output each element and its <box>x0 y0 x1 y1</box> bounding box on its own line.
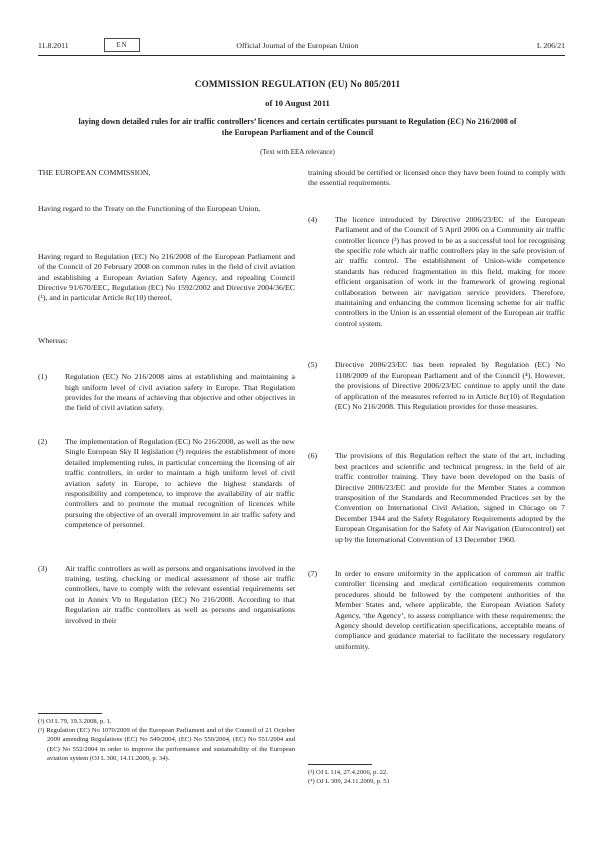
recital-number: (4) <box>308 215 335 329</box>
recital-7: (7) In order to ensure uniformity in the… <box>308 569 565 652</box>
recital-6: (6) The provisions of this Regulation re… <box>308 451 565 545</box>
recital-4: (4) The licence introduced by Directive … <box>308 215 565 329</box>
regulation-date: of 10 August 2011 <box>40 98 555 108</box>
footnote-2: (²) Regulation (EC) No 1070/2009 of the … <box>38 726 295 763</box>
whereas-label: Whereas: <box>38 336 295 346</box>
recital-text: The implementation of Regulation (EC) No… <box>65 437 295 531</box>
recital-1: (1) Regulation (EC) No 216/2008 aims at … <box>38 372 295 414</box>
left-column: THE EUROPEAN COMMISSION, Having regard t… <box>38 168 295 652</box>
recital-number: (6) <box>308 451 335 545</box>
document-body: THE EUROPEAN COMMISSION, Having regard t… <box>38 168 565 652</box>
regulation-paragraph: Having regard to Regulation (EC) No 216/… <box>38 252 295 304</box>
footnote-1: (¹) OJ L 79, 19.3.2008, p. 1. <box>38 717 295 726</box>
recital-number: (3) <box>38 564 65 626</box>
left-footnotes: (¹) OJ L 79, 19.3.2008, p. 1. (²) Regula… <box>38 713 295 763</box>
recital-number: (2) <box>38 437 65 531</box>
header-rule <box>38 55 565 56</box>
right-column: training should be certified or licensed… <box>308 168 565 652</box>
commission-opening: THE EUROPEAN COMMISSION, <box>38 168 295 178</box>
language-box: EN <box>104 38 140 52</box>
recital-text: Directive 2006/23/EC has been repealed b… <box>335 360 565 412</box>
title-block: COMMISSION REGULATION (EU) No 805/2011 o… <box>40 79 555 156</box>
recital-text: In order to ensure uniformity in the app… <box>335 569 565 652</box>
recital-text: Air traffic controllers as well as perso… <box>65 564 295 626</box>
page-number: L 206/21 <box>537 41 565 50</box>
footnote-4: (⁴) OJ L 309, 24.11.2009, p. 51 <box>308 777 565 786</box>
footnote-rule <box>308 764 372 765</box>
eea-relevance-note: (Text with EEA relevance) <box>40 148 555 156</box>
recital-2: (2) The implementation of Regulation (EC… <box>38 437 295 531</box>
recital-number: (5) <box>308 360 335 412</box>
right-footnotes: (³) OJ L 114, 27.4.2006, p. 22. (⁴) OJ L… <box>308 764 565 786</box>
regulation-title: COMMISSION REGULATION (EU) No 805/2011 <box>40 79 555 89</box>
recital-text: The provisions of this Regulation reflec… <box>335 451 565 545</box>
treaty-paragraph: Having regard to the Treaty on the Funct… <box>38 204 295 214</box>
recital-5: (5) Directive 2006/23/EC has been repeal… <box>308 360 565 412</box>
regulation-subject: laying down detailed rules for air traff… <box>79 117 517 138</box>
footnote-rule <box>38 713 102 714</box>
recital-number: (7) <box>308 569 335 652</box>
footnote-3: (³) OJ L 114, 27.4.2006, p. 22. <box>308 768 565 777</box>
recital-number: (1) <box>38 372 65 414</box>
journal-page: 11.8.2011 Official Journal of the Europe… <box>0 0 595 842</box>
continuation-paragraph: training should be certified or licensed… <box>308 168 565 189</box>
recital-text: The licence introduced by Directive 2006… <box>335 215 565 329</box>
journal-title: Official Journal of the European Union <box>0 41 595 50</box>
recital-3: (3) Air traffic controllers as well as p… <box>38 564 295 626</box>
recital-text: Regulation (EC) No 216/2008 aims at esta… <box>65 372 295 414</box>
